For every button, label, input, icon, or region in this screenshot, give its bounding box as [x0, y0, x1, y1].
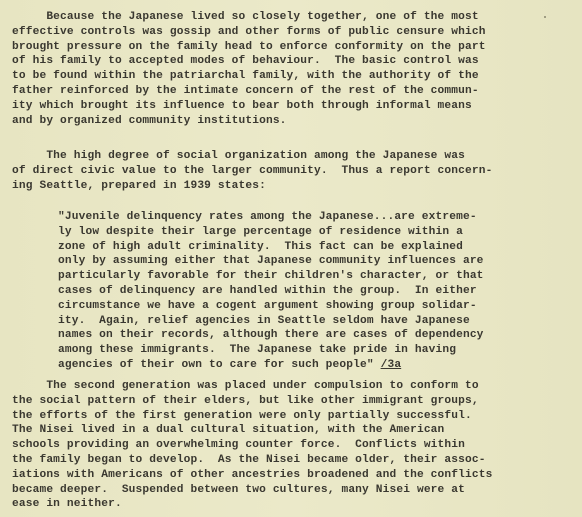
text-line: cases of delinquency are handled within …: [58, 284, 484, 299]
text-line: brought pressure on the family head to e…: [12, 40, 486, 55]
text-line: circumstance we have a cogent argument s…: [58, 299, 484, 314]
text-line: schools providing an overwhelming counte…: [12, 438, 492, 453]
scan-speck: [544, 16, 546, 18]
text-line: to be found within the patriarchal famil…: [12, 69, 486, 84]
text-line: the efforts of the first generation were…: [12, 409, 492, 424]
footnote-reference: /3a: [381, 359, 402, 371]
text-line: the family began to develop. As the Nise…: [12, 453, 492, 468]
text-line: The second generation was placed under c…: [12, 379, 492, 394]
text-line: iations with Americans of other ancestri…: [12, 468, 492, 483]
text-line: of his family to accepted modes of behav…: [12, 54, 486, 69]
text-line: zone of high adult criminality. This fac…: [58, 240, 484, 255]
paragraph-second-generation: The second generation was placed under c…: [12, 379, 492, 512]
document-page: Because the Japanese lived so closely to…: [0, 0, 582, 517]
text-line: became deeper. Suspended between two cul…: [12, 483, 492, 498]
text-line: The high degree of social organization a…: [12, 149, 492, 164]
block-quote-seattle-report: "Juvenile delinquency rates among the Ja…: [58, 210, 484, 373]
text-line: effective controls was gossip and other …: [12, 25, 486, 40]
text-line: of direct civic value to the larger comm…: [12, 164, 492, 179]
text-line: ly low despite their large percentage of…: [58, 225, 484, 240]
text-line: among these immigrants. The Japanese tak…: [58, 343, 484, 358]
text-line: agencies of their own to care for such p…: [58, 358, 484, 373]
text-line: ity which brought its influence to bear …: [12, 99, 486, 114]
text-line: names on their records, although there a…: [58, 328, 484, 343]
text-line: "Juvenile delinquency rates among the Ja…: [58, 210, 484, 225]
text-line: ease in neither.: [12, 497, 492, 512]
text-line: father reinforced by the intimate concer…: [12, 84, 486, 99]
text-line: The Nisei lived in a dual cultural situa…: [12, 423, 492, 438]
text-line: only by assuming either that Japanese co…: [58, 254, 484, 269]
paragraph-social-organization: The high degree of social organization a…: [12, 149, 492, 193]
text-line: Because the Japanese lived so closely to…: [12, 10, 486, 25]
text-line: ing Seattle, prepared in 1939 states:: [12, 179, 492, 194]
text-line: and by organized community institutions.: [12, 114, 486, 129]
text-line: particularly favorable for their childre…: [58, 269, 484, 284]
text-line: the social pattern of their elders, but …: [12, 394, 492, 409]
paragraph-gossip-controls: Because the Japanese lived so closely to…: [12, 10, 486, 128]
text-line: ity. Again, relief agencies in Seattle s…: [58, 314, 484, 329]
